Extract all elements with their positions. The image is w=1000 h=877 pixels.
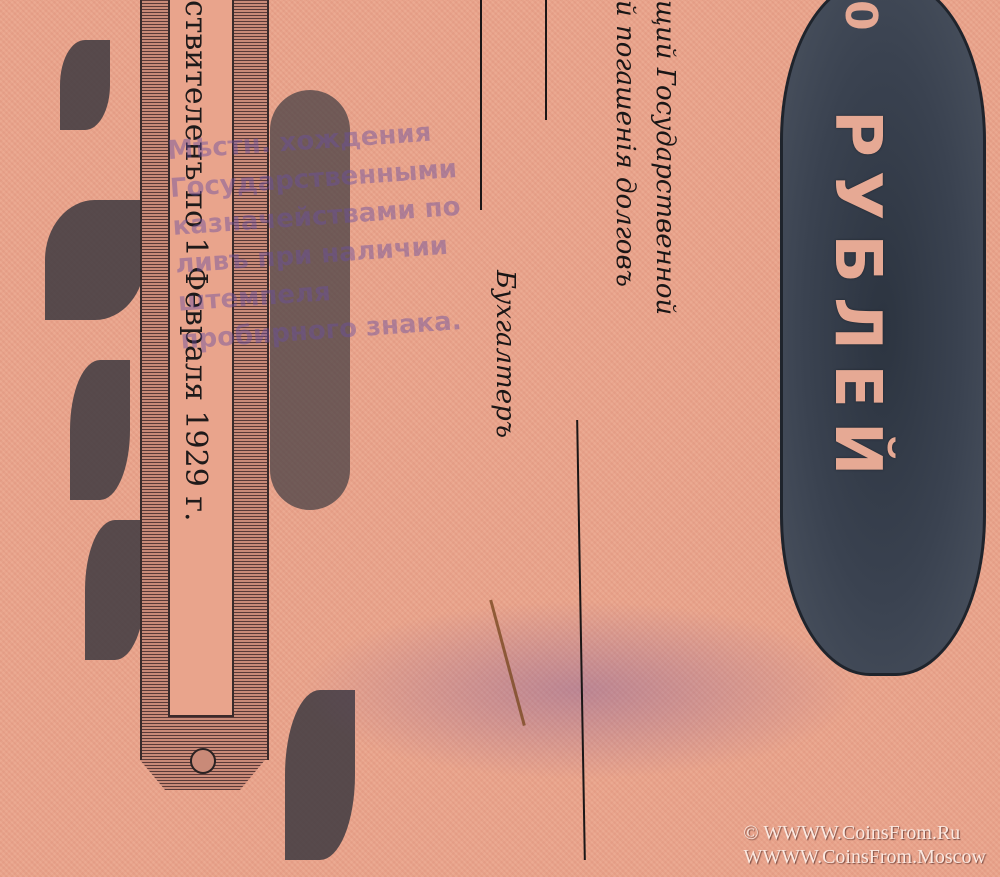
denomination-digit: 0 [835,0,886,80]
script-line-2: й погашенія долговъ [610,0,640,380]
watermark-line-2: WWWW.CoinsFrom.Moscow [743,845,986,869]
script-line-1: щий Государственной [650,0,680,380]
signature-line [545,0,547,120]
oak-leaf-ornament [60,40,110,130]
oak-leaf-ornament [70,360,130,500]
oak-leaf-ornament [45,200,145,320]
rosette-icon [190,748,216,774]
denomination-word: РУБЛЕЙ [820,110,894,590]
watermark: © WWWW.CoinsFrom.Ru WWWW.CoinsFrom.Mosco… [743,821,986,869]
watermark-line-1: © WWWW.CoinsFrom.Ru [743,821,986,845]
signature-label: Бухгалтеръ [490,270,520,510]
signature-line [480,0,482,210]
oak-leaf-ornament [85,520,145,660]
